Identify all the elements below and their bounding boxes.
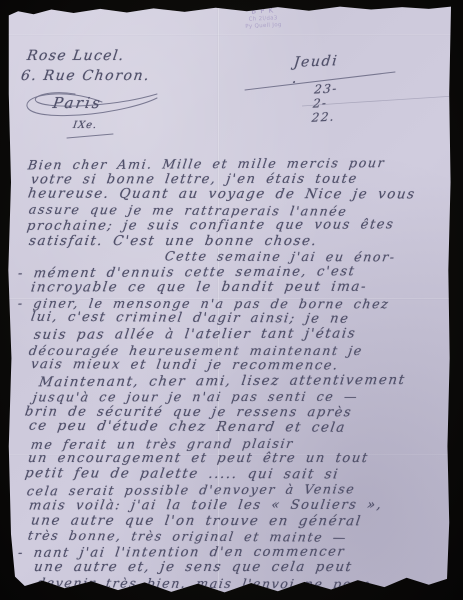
district-underline	[67, 134, 113, 138]
handwriting-line: incroyable ce que le bandit peut ima-	[31, 280, 451, 296]
handwriting-line: votre si bonne lettre, j'en étais toute	[31, 171, 451, 187]
horizontal-crease-top	[7, 34, 451, 36]
handwriting-line: - nant j'ai l'intention d'en commencer	[18, 544, 451, 561]
archive-stamp-line: Py Quell Jog	[245, 22, 282, 31]
handwriting-line: suis pas allée à l'atelier tant j'étais	[34, 326, 451, 343]
handwriting-line: vais mieux et lundi je recommence.	[31, 357, 451, 374]
handwriting-line: un encouragement et peut être un tout	[28, 451, 451, 467]
handwriting-line: satisfait. C'est une bonne chose.	[29, 234, 451, 250]
date-value: 23-2-22.	[311, 81, 338, 124]
handwriting-line: Bien cher Ami. Mille et mille mercis pou…	[28, 155, 451, 173]
sender-street: 6. Rue Choron.	[20, 68, 151, 84]
handwriting-line: une autre et, je sens que cela peut	[34, 560, 451, 576]
sender-city: Paris	[52, 94, 104, 112]
sender-name: Rose Lucel.	[26, 48, 126, 64]
handwriting-line: jusqu'à ce jour je n'ai pas senti ce —	[33, 389, 451, 405]
letter-paper: B P KCh 2l/da3Py Quell Jog Rose Lucel. 6…	[7, 6, 451, 593]
sender-district: IXe.	[72, 120, 98, 131]
sender-address-block: Rose Lucel. 6. Rue Choron. Paris IXe.	[21, 48, 150, 131]
letter-body: Bien cher Ami. Mille et mille mercis pou…	[7, 156, 451, 591]
handwriting-line: découragée heureusement maintenant je	[29, 343, 451, 359]
handwriting-line: heureuse. Quant au voyage de Nice je vou…	[28, 187, 451, 203]
handwriting-line: mais voilà: j'ai la toile les « Souliers…	[29, 498, 451, 514]
handwriting-line: me ferait un très grand plaisir	[31, 435, 451, 452]
handwriting-line: cela serait possible d'envoyer à Venise	[27, 481, 451, 499]
handwriting-line: prochaine; je suis confiante que vous êt…	[27, 217, 451, 234]
handwriting-line: très bonne, très original et mainte —	[28, 528, 451, 546]
